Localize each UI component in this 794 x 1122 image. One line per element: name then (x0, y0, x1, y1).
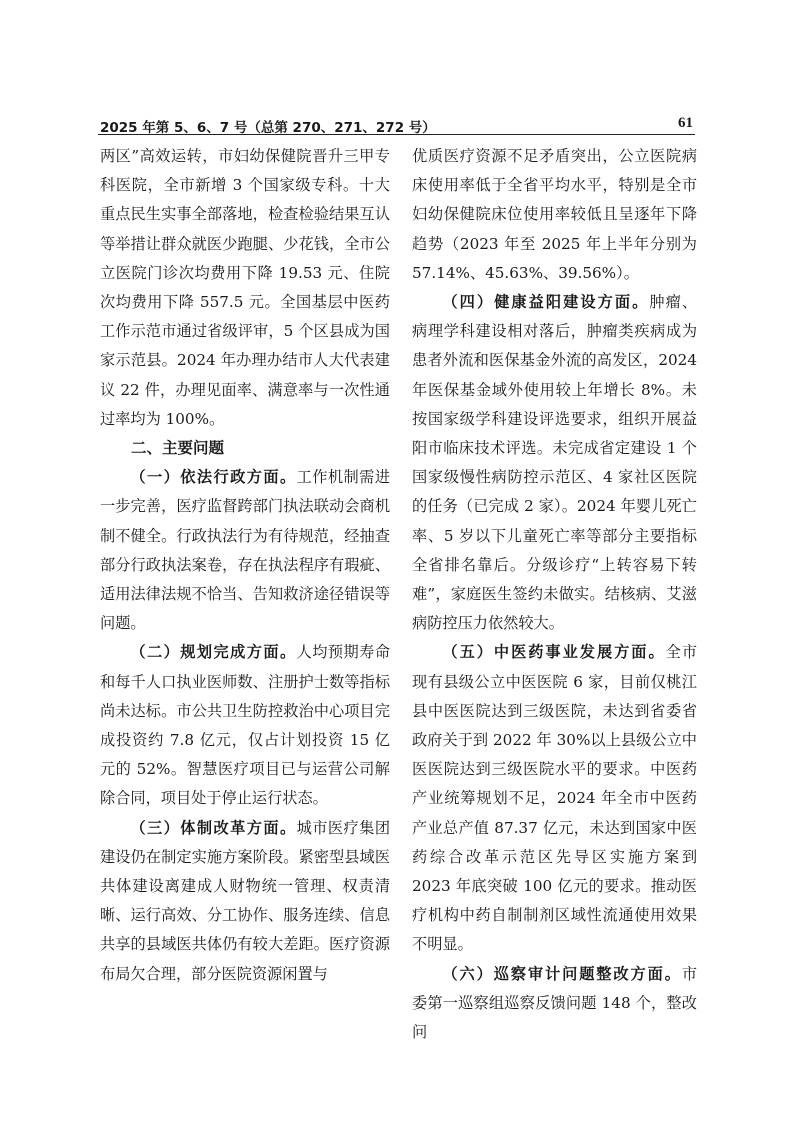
text-tcm-development: 全市现有县级公立中医医院 6 家，目前仅桃江县中医医院达到三级医院，未达到省委省… (412, 643, 697, 953)
paragraph-tcm-development: （五）中医药事业发展方面。全市现有县级公立中医医院 6 家，目前仅桃江县中医医院… (412, 638, 697, 959)
section-heading-main-problems: 二、主要问题 (100, 434, 390, 463)
subheading-inspection-rectification: （六）巡察审计问题整改方面。 (442, 965, 681, 983)
paragraph-healthy-yiyang: （四）健康益阳建设方面。肿瘤、病理学科建设相对落后，肿瘤类疾病成为患者外流和医保… (412, 288, 697, 638)
paragraph-law-administration: （一）依法行政方面。工作机制需进一步完善，医疗监督跨部门执法联动会商机制不健全。… (100, 463, 390, 638)
paragraph-resources-continued: 优质医疗资源不足矛盾突出，公立医院病床使用率低于全省平均水平，特别是全市妇幼保健… (412, 142, 697, 288)
text-plan-completion: 人均预期寿命和每千人口执业医师数、注册护士数等指标尚未达标。市公共卫生防控救治中… (100, 643, 390, 807)
subheading-tcm-development: （五）中医药事业发展方面。 (442, 643, 665, 661)
paragraph-plan-completion: （二）规划完成方面。人均预期寿命和每千人口执业医师数、注册护士数等指标尚未达标。… (100, 638, 390, 813)
right-column: 优质医疗资源不足矛盾突出，公立医院病床使用率低于全省平均水平，特别是全市妇幼保健… (412, 142, 697, 1047)
issue-label: 2025 年第 5、6、7 号（总第 270、271、272 号） (100, 116, 436, 136)
text-law-administration: 工作机制需进一步完善，医疗监督跨部门执法联动会商机制不健全。行政执法行为有待规范… (100, 468, 390, 632)
subheading-plan-completion: （二）规划完成方面。 (130, 643, 296, 661)
subheading-law-administration: （一）依法行政方面。 (130, 468, 296, 486)
running-header: 2025 年第 5、6、7 号（总第 270、271、272 号） 61 (98, 114, 695, 135)
left-column: 两区”高效运转，市妇幼保健院晋升三甲专科医院，全市新增 3 个国家级专科。十大重… (100, 142, 390, 989)
subheading-healthy-yiyang: （四）健康益阳建设方面。 (442, 293, 649, 311)
text-system-reform: 城市医疗集团建设仍在制定实施方案阶段。紧密型县域医共体建设离建成人财物统一管理、… (100, 819, 390, 983)
page-number: 61 (678, 115, 693, 132)
text-healthy-yiyang: 肿瘤、病理学科建设相对落后，肿瘤类疾病成为患者外流和医保基金外流的高发区，202… (412, 293, 697, 632)
paragraph-achievements: 两区”高效运转，市妇幼保健院晋升三甲专科医院，全市新增 3 个国家级专科。十大重… (100, 142, 390, 434)
paragraph-inspection-rectification: （六）巡察审计问题整改方面。市委第一巡察组巡察反馈问题 148 个，整改问 (412, 960, 697, 1048)
paragraph-system-reform: （三）体制改革方面。城市医疗集团建设仍在制定实施方案阶段。紧密型县域医共体建设离… (100, 814, 390, 989)
subheading-system-reform: （三）体制改革方面。 (130, 819, 296, 837)
